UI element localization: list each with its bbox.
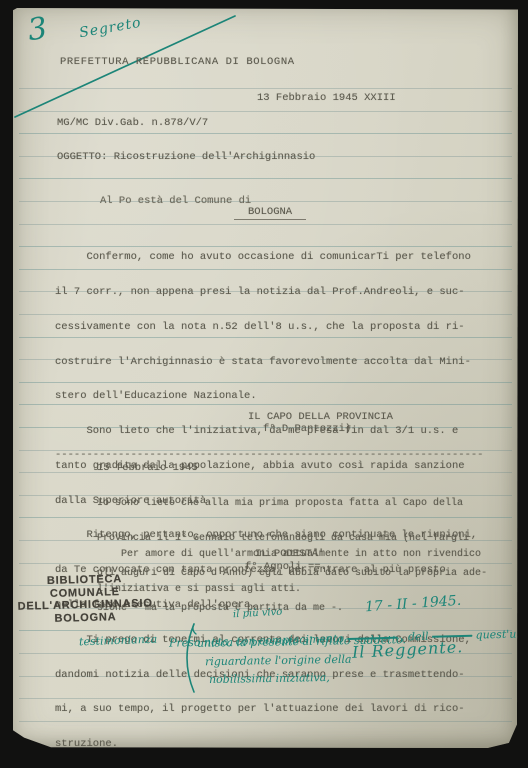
date-line: 13 Febbraio 1945 XXIII (257, 93, 396, 105)
body-line: Confermo, come ho avuto occasione di com… (55, 252, 477, 264)
recipient-city-label: BOLOGNA (234, 206, 306, 220)
ruled-line (19, 224, 512, 225)
body-line: costruire l'Archiginnasio è stata favore… (55, 357, 477, 369)
ruled-line (19, 201, 512, 202)
scanned-document-page: 3 Segreto PREFETTURA REPUBBLICANA DI BOL… (0, 0, 528, 768)
handwritten-group-line-2: riguardante l'origine della (205, 653, 352, 669)
subject-line: OGGETTO: Ricostruzione dell'Archiginnasi… (57, 152, 315, 164)
protocol-number: MG/MC Div.Gab. n.878/V/7 (57, 118, 208, 130)
recipient-city: BOLOGNA (234, 207, 306, 219)
body-line: Io sono lieto che alla mia prima propost… (97, 498, 487, 510)
paper-sheet: 3 Segreto PREFETTURA REPUBBLICANA DI BOL… (13, 8, 518, 748)
group-brace-stroke (178, 622, 198, 696)
note-text: quest'ultima (472, 627, 528, 642)
signature1-title: IL CAPO DELLA PROVINCIA (248, 412, 393, 424)
body-line: mi, a suo tempo, il progetto per l'attua… (55, 704, 477, 716)
body-line: il 7 corr., non appena presi la notizia … (55, 287, 477, 299)
handwritten-group-line-3: nobilissima iniziativa, (209, 671, 330, 686)
recipient-line: Al Po està del Comune di (100, 196, 251, 208)
stamp-line-1: BIBLIOTECA COMUNALE (13, 572, 156, 601)
body-line: stero dell'Educazione Nazionale. (55, 391, 477, 403)
ruled-line (19, 133, 512, 134)
section-divider: ----------------------------------------… (55, 450, 483, 462)
body-line: cessivamente con la nota n.52 dell'8 u.s… (55, 322, 477, 334)
signature2-title: IL PODESTA' (255, 549, 324, 561)
letterhead-title: PREFETTURA REPUBBLICANA DI BOLOGNA (60, 57, 295, 69)
library-stamp: BIBLIOTECA COMUNALE DELL'ARCHIGINNASIO B… (13, 572, 156, 626)
body-line: struzione. (55, 739, 477, 751)
handwritten-group-label: testimonianza (79, 633, 158, 649)
signature1-name: f° D.Pantozzi) (263, 424, 351, 436)
signature2-name: f° Agnoli ==. (245, 562, 327, 574)
letter2-date: 15 febbraio 1945 (97, 463, 198, 475)
ruled-line (19, 178, 512, 179)
